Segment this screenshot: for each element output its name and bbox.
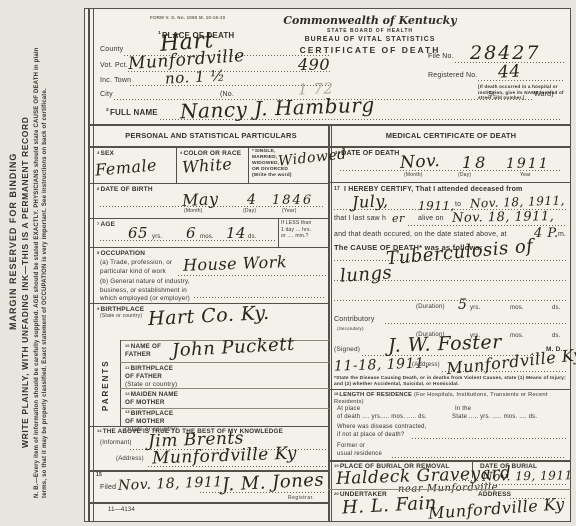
rule [88, 183, 329, 184]
residence-at-place-label: At place [337, 406, 360, 412]
rule [248, 146, 249, 183]
dod-year-sublabel: Year [520, 172, 531, 178]
informant-address-label: (Address) [116, 456, 144, 462]
rule [88, 8, 90, 522]
bureau-heading: BUREAU OF VITAL STATISTICS [280, 36, 460, 43]
certify-last-seen-value: Nov. 18, 1911, [452, 209, 555, 226]
occupation-a1: (a) Trade, profession, or [100, 259, 172, 266]
undertaker-num: 20 [334, 491, 339, 496]
rule [88, 303, 329, 304]
mother-maiden-label: 12MAIDEN NAME OF MOTHER [125, 391, 178, 407]
dob-label-text: DATE OF BIRTH [100, 186, 152, 193]
duration2-ds-label: ds. [552, 333, 561, 339]
dob-day-sublabel: (Day) [243, 208, 256, 214]
residence-contracted1-label: Where was disease contracted, [337, 424, 427, 430]
age-days-value: 14 [226, 224, 246, 242]
attest-num: 14 [97, 428, 102, 433]
physician-address-label: (Address) [412, 362, 440, 368]
rule [278, 218, 279, 247]
mother-maiden-num: 12 [125, 391, 130, 396]
filed-label: Filed [100, 484, 116, 491]
rule [88, 124, 571, 126]
date-of-death-label-text: DATE OF DEATH [341, 150, 399, 157]
birthplace-label-text: BIRTHPLACE [100, 306, 144, 313]
file-no-value: 28427 [470, 42, 540, 64]
age-ds-label: ds. [248, 234, 257, 240]
father-birthplace-num: 11 [125, 365, 130, 370]
undertaker-address-label: ADDRESS [478, 491, 511, 498]
parents-vertical-label: PARENTS [101, 359, 110, 411]
inc-town-value: no. 1 ½ [165, 66, 226, 87]
margin-nb-note: N. B.—Every item of information should b… [34, 46, 50, 498]
age-mos-label: mos. [200, 234, 214, 240]
rule [120, 408, 329, 409]
rule [328, 182, 571, 183]
marital-l1: SINGLE, [255, 149, 276, 154]
occupation-label: 8OCCUPATION [97, 250, 145, 257]
duration2-mos-label: mos. [510, 333, 524, 339]
signed-label: (Signed) [334, 346, 360, 353]
residence-state-label: State ..... yrs. ..... mos. .... ds. [452, 414, 537, 420]
date-of-death-num: 16 [335, 150, 340, 155]
physician-signature: J. W. Foster [388, 331, 503, 357]
dob-label: 6DATE OF BIRTH [97, 186, 153, 193]
date-of-death-label: 16DATE OF DEATH [335, 150, 400, 157]
residence-former1-label: Former or [337, 443, 365, 449]
father-name-label: 10NAME OF FATHER [125, 343, 161, 359]
informant-label: (Informant) [100, 440, 132, 446]
dob-day-value: 4 [247, 192, 256, 208]
rule [331, 124, 332, 522]
form-number-footer: 11—4134 [108, 507, 135, 513]
registered-no-label: Registered No. [428, 72, 478, 79]
rule [412, 438, 566, 439]
occupation-a-value: House Work [183, 252, 288, 275]
occupation-b-label: (b) General nature of industry, business… [100, 278, 190, 304]
death-certificate-scan: MARGIN RESERVED FOR BINDING WRITE PLAINL… [0, 0, 576, 526]
dod-month-value: Nov. [400, 151, 441, 173]
occupation-b1: (b) General nature of industry, [100, 278, 190, 285]
dob-year-sublabel: (Year) [282, 208, 297, 214]
father-birthplace-l2: OF FATHER [125, 373, 162, 380]
margin-permanent-record-note: WRITE PLAINLY, WITH UNFADING INK—THIS IS… [20, 117, 30, 449]
precinct-number: 490 [298, 55, 330, 74]
certify-time-value: 4 P. [534, 226, 559, 241]
dob-month-sublabel: (Month) [184, 208, 203, 214]
rule [570, 8, 571, 522]
full-name-label: 2FULL NAME [106, 108, 158, 117]
marital-sub: (Write the word) [252, 173, 292, 178]
medical-section-title: MEDICAL CERTIFICATE OF DEATH [332, 131, 570, 140]
age-label-text: AGE [100, 221, 115, 228]
age-less2: 1 day ... hrs. [281, 227, 311, 233]
duration-label: (Duration) [416, 304, 445, 310]
rule [200, 492, 326, 493]
rule [194, 297, 326, 298]
residence-label: 18LENGTH OF RESIDENCE (For Hospitals, In… [334, 392, 568, 406]
age-less1: If LESS than [281, 220, 311, 226]
margin-binding-note: MARGIN RESERVED FOR BINDING [8, 153, 18, 330]
occupation-b2: business, or establishment in [100, 287, 187, 294]
occupation-b3: which employed (or employer) [100, 295, 190, 302]
cause-of-death-value-2: lungs [339, 262, 393, 287]
occupation-a-label: (a) Trade, profession, or particular kin… [100, 259, 172, 276]
rule [120, 362, 329, 363]
certify-from-year-value: 1911, [418, 199, 455, 213]
certify-num: 17 [334, 186, 340, 192]
rule [385, 323, 566, 324]
age-less-than-label: If LESS than 1 day ... hrs. or .... min.… [281, 220, 311, 240]
birthplace-sublabel: (State or country) [100, 313, 142, 319]
registrar-label: Registrar. [288, 495, 314, 501]
rule [176, 146, 177, 183]
father-name-num: 10 [125, 343, 130, 348]
duration-yrs-label: yrs. [470, 305, 480, 311]
certify-to-label: to [455, 201, 461, 208]
marital-l2: MARRIED, [252, 155, 277, 160]
certify-from-value: July, [352, 191, 389, 212]
rule [88, 247, 329, 248]
occupation-a2: particular kind of work [100, 268, 166, 275]
dod-day-value: 18 [462, 153, 488, 172]
personal-section-title: PERSONAL AND STATISTICAL PARTICULARS [94, 131, 328, 140]
county-label: County [100, 46, 123, 53]
age-less3: or .... min.? [281, 233, 309, 239]
rule [328, 460, 571, 462]
rule [328, 489, 571, 490]
certify-line2b: alive on [418, 215, 444, 222]
full-name-num: 2 [106, 108, 109, 113]
father-name-l1: NAME OF [131, 343, 161, 350]
city-label: City [100, 91, 113, 98]
rule [120, 340, 121, 426]
dob-month-value: May [182, 189, 219, 210]
residence-of-death-label: of death .... yrs..... mos. ..... ds. [337, 414, 427, 420]
age-years-value: 65 [128, 224, 148, 242]
mother-maiden-l2: OF MOTHER [125, 399, 165, 406]
occupation-label-text: OCCUPATION [100, 250, 145, 257]
rule [84, 8, 571, 9]
rule [84, 8, 85, 522]
rule [392, 457, 566, 458]
mother-birthplace-l1: BIRTHPLACE [131, 410, 174, 417]
father-birthplace-l1: BIRTHPLACE [131, 365, 174, 372]
registered-no-value: 44 [497, 61, 521, 82]
dod-year-value: 1911 [506, 156, 550, 172]
rule [88, 218, 329, 219]
certify-er-value: er [392, 212, 405, 225]
father-name-l2: FATHER [125, 351, 151, 358]
dod-month-sublabel: (Month) [404, 172, 423, 178]
age-yrs-label: yrs. [152, 234, 162, 240]
rule [178, 275, 326, 276]
cause-footnote: *State the Disease Causing Death, or in … [334, 376, 566, 388]
age-label: 7AGE [97, 221, 115, 228]
sex-label-text: SEX [100, 150, 114, 157]
mother-birthplace-l2: OF MOTHER [125, 418, 165, 425]
certify-line3: and that death occured, on the date stat… [334, 231, 507, 238]
rule [328, 389, 571, 390]
duration-ds-label: ds. [552, 305, 561, 311]
father-birthplace-label: 11BIRTHPLACE OF FATHER (State or country… [125, 365, 177, 390]
dob-year-value: 1846 [272, 193, 313, 208]
rule [120, 388, 329, 389]
marital-num: 5 [252, 148, 254, 152]
filed-num: 15 [96, 472, 102, 478]
color-race-value: White [181, 154, 232, 176]
inc-town-label: Inc. Town [100, 77, 131, 84]
age-months-value: 6 [186, 224, 196, 242]
birthplace-label: 9BIRTHPLACE [97, 306, 144, 313]
duration-mos-label: mos. [510, 305, 524, 311]
rule [478, 484, 566, 485]
mother-birthplace-num: 13 [125, 409, 130, 414]
rule [438, 480, 478, 481]
rule [93, 8, 94, 522]
burial-num: 19 [334, 463, 339, 468]
hospital-note: [If death occurred in a hospital or inst… [478, 84, 568, 101]
file-no-label: File No. [428, 53, 454, 60]
sex-label: 3SEX [97, 150, 114, 157]
vot-pct-label: Vot. Pct. [100, 62, 128, 69]
secondary-label: (Secondary) [337, 326, 364, 331]
residence-contracted2-label: if not at place of death? [337, 432, 404, 438]
certify-m-label: m. [558, 231, 566, 238]
rule [88, 426, 329, 427]
duration-years-value: 5 [458, 297, 467, 313]
rule [334, 300, 566, 301]
residence-former2-label: usual residence [337, 451, 382, 457]
burial-date-value: Nov. 19, 1911 [482, 468, 573, 484]
residence-label-text: LENGTH OF RESIDENCE [339, 392, 412, 398]
marital-l3: WIDOWED, [252, 161, 279, 166]
residence-num: 18 [334, 392, 338, 396]
residence-in-the-label: In the [455, 406, 471, 412]
certify-line2a: that I last saw h [334, 215, 386, 222]
form-print-note: FORM V. S. No. 1090 M. 10-16-10 [150, 15, 225, 20]
mother-maiden-l1: MAIDEN NAME [131, 391, 178, 398]
contributory-label: Contributory [334, 316, 375, 323]
commonwealth-heading: Commonwealth of Kentucky [280, 14, 460, 27]
dod-day-sublabel: (Day) [458, 172, 471, 178]
state-board-heading: STATE BOARD OF HEALTH [280, 28, 460, 34]
rule [88, 502, 329, 504]
full-name-label-text: FULL NAME [110, 108, 158, 117]
